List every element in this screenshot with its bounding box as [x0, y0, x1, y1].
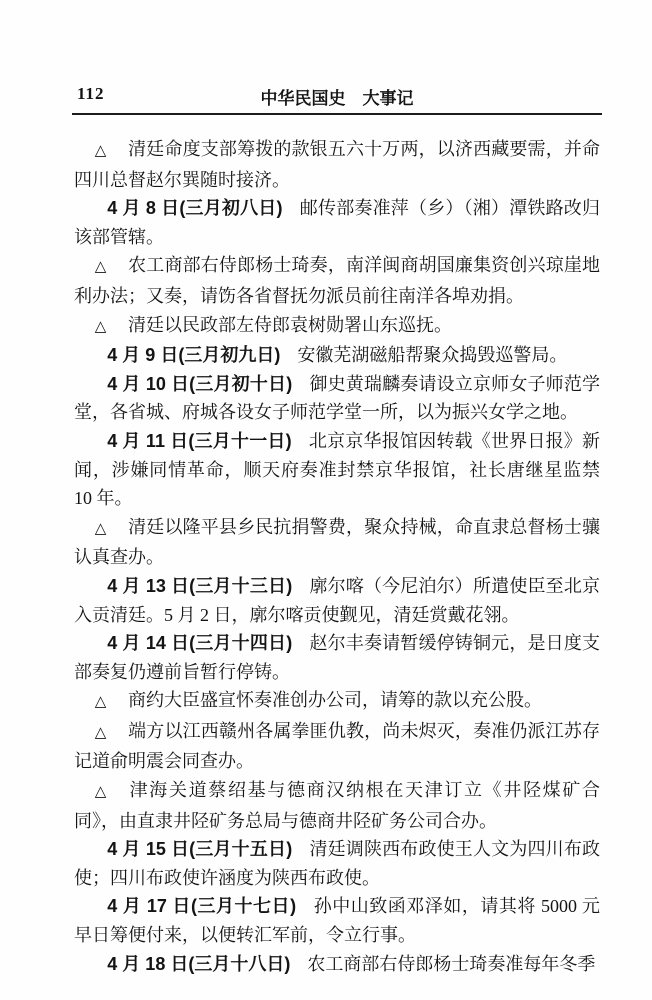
entries: △清廷命度支部筹拨的款银五六十万两，以济西藏要需，并命四川总督赵尔巽随时接济。4… [74, 135, 600, 978]
entry-date: 4 月 14 日(三月十四日) [107, 633, 292, 653]
page-content: 112 中华民国史 大事记 △清廷命度支部筹拨的款银五六十万两，以济西藏要需，并… [74, 84, 600, 978]
entry-date: 4 月 18 日(三月十八日) [107, 954, 290, 974]
entry-date: 4 月 17 日(三月十七日) [107, 896, 296, 916]
triangle-marker-icon: △ [95, 143, 107, 159]
entry-date: 4 月 11 日(三月十一日) [107, 431, 291, 451]
entry-text: 农工商部右侍郎杨士琦奏，南洋闽商胡国廉集资创兴琼崖地利办法；又奏，请饬各省督抚勿… [74, 255, 600, 306]
entry: △农工商部右侍郎杨士琦奏，南洋闽商胡国廉集资创兴琼崖地利办法；又奏，请饬各省督抚… [74, 251, 600, 310]
entry-date: 4 月 15 日(三月十五日) [107, 839, 292, 859]
entry: 4 月 11 日(三月十一日)北京京华报馆因转载《世界日报》新闻，涉嫌同情革命，… [74, 427, 600, 513]
entry-text: 清廷以民政部左侍郎袁树勋署山东巡抚。 [128, 315, 452, 335]
entry-text: 清廷命度支部筹拨的款银五六十万两，以济西藏要需，并命四川总督赵尔巽随时接济。 [74, 139, 600, 190]
entry-text: 端方以江西赣州各属拳匪仇教，尚未烬灭，奏准仍派江苏存记道俞明震会同查办。 [74, 721, 600, 772]
entry-text: 农工商部右侍郎杨士琦奏准每年冬季 [307, 954, 595, 974]
entry: △端方以江西赣州各属拳匪仇教，尚未烬灭，奏准仍派江苏存记道俞明震会同查办。 [74, 717, 600, 776]
entry: △商约大臣盛宣怀奏准创办公司，请筹的款以充公股。 [74, 686, 600, 717]
entry: 4 月 17 日(三月十七日)孙中山致函邓泽如，请其将 5000 元早日筹便付来… [74, 892, 600, 949]
entry-date: 4 月 9 日(三月初九日) [107, 345, 280, 365]
entry: 4 月 9 日(三月初九日)安徽芜湖磁船帮聚众捣毁巡警局。 [74, 341, 600, 370]
entry: △清廷以民政部左侍郎袁树勋署山东巡抚。 [74, 311, 600, 342]
triangle-marker-icon: △ [95, 725, 107, 741]
entry-text: 津海关道蔡绍基与德商汉纳根在天津订立《井陉煤矿合同》，由直隶井陉矿务总局与德商井… [74, 780, 600, 831]
entry: 4 月 13 日(三月十三日)廓尔喀（今尼泊尔）所遣使臣至北京入贡清廷。5 月 … [74, 572, 600, 629]
entry-text: 安徽芜湖磁船帮聚众捣毁巡警局。 [297, 345, 567, 365]
running-title: 中华民国史 大事记 [74, 84, 600, 109]
triangle-marker-icon: △ [95, 784, 108, 800]
header-rule [72, 113, 602, 115]
entry: 4 月 18 日(三月十八日)农工商部右侍郎杨士琦奏准每年冬季 [74, 950, 600, 979]
triangle-marker-icon: △ [95, 521, 107, 537]
book-page: 112 中华民国史 大事记 △清廷命度支部筹拨的款银五六十万两，以济西藏要需，并… [0, 0, 652, 1000]
entry: △津海关道蔡绍基与德商汉纳根在天津订立《井陉煤矿合同》，由直隶井陉矿务总局与德商… [74, 776, 600, 835]
entry: 4 月 15 日(三月十五日)清廷调陕西布政使王人文为四川布政使；四川布政使许涵… [74, 835, 600, 892]
entry-text: 商约大臣盛宣怀奏准创办公司，请筹的款以充公股。 [128, 690, 542, 710]
entry: △清廷命度支部筹拨的款银五六十万两，以济西藏要需，并命四川总督赵尔巽随时接济。 [74, 135, 600, 194]
triangle-marker-icon: △ [95, 259, 107, 275]
triangle-marker-icon: △ [95, 694, 107, 710]
entry-date: 4 月 13 日(三月十三日) [107, 576, 292, 596]
triangle-marker-icon: △ [95, 319, 107, 335]
page-header: 112 中华民国史 大事记 [74, 84, 600, 110]
entry-text: 清廷以隆平县乡民抗捐警费，聚众持械，命直隶总督杨士骧认真查办。 [74, 517, 600, 568]
entry-date: 4 月 10 日(三月初十日) [107, 374, 292, 394]
entry: 4 月 8 日(三月初八日)邮传部奏准萍（乡）（湘）潭铁路改归该部管辖。 [74, 194, 600, 251]
entry: △清廷以隆平县乡民抗捐警费，聚众持械，命直隶总督杨士骧认真查办。 [74, 513, 600, 572]
entry-date: 4 月 8 日(三月初八日) [107, 198, 282, 218]
entry: 4 月 14 日(三月十四日)赵尔丰奏请暂缓停铸铜元，是日度支部奏复仍遵前旨暂行… [74, 629, 600, 686]
entry: 4 月 10 日(三月初十日)御史黄瑞麟奏请设立京师女子师范学堂，各省城、府城各… [74, 370, 600, 427]
